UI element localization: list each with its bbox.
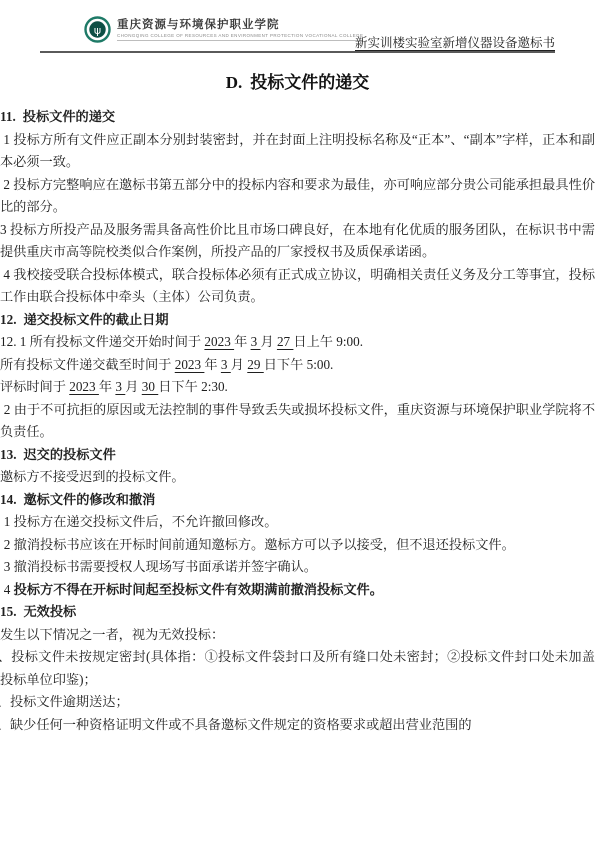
clause-12-1-start-time: 12. 1 所有投标文件递交开始时间于 2023 年 3 月 27 日上午 9:…	[0, 331, 595, 354]
date-unit: 年	[99, 379, 115, 394]
date-unit: 月	[260, 334, 276, 349]
date-time: 日下午 2:30.	[158, 379, 228, 394]
date-time: 日上午 9:00.	[293, 334, 363, 349]
doc-title-header: 新实训楼实验室新增仪器设备邀标书	[355, 33, 555, 51]
section-number: 15.	[0, 604, 16, 619]
clause-11-2: 11. 2 投标方完整响应在邀标书第五部分中的投标内容和要求为最佳，亦可响应部分…	[0, 174, 595, 219]
clause-12-2: 12. 2 由于不可抗拒的原因或无法控制的事件导致丢失或损坏投标文件，重庆资源与…	[0, 399, 595, 444]
section-title: 无效投标	[23, 604, 76, 619]
date-text: 所有投标文件递交开始时间于	[30, 334, 205, 349]
page-title-letter: D.	[226, 73, 243, 92]
date-unit: 月	[231, 357, 247, 372]
section-number: 12.	[0, 312, 16, 327]
clause-number: 12. 1	[0, 334, 30, 349]
item-text: 投标文件逾期送达；	[10, 694, 129, 709]
section-title: 投标文件的递交	[23, 109, 115, 124]
date-unit: 年	[234, 334, 250, 349]
college-logo-icon: ψ	[84, 16, 111, 43]
document-page: ψ 重庆资源与环境保护职业学院 CHONGQING COLLEGE OF RES…	[0, 0, 595, 841]
svg-text:ψ: ψ	[94, 24, 101, 37]
date-year: 2023	[69, 379, 99, 394]
college-name-cn: 重庆资源与环境保护职业学院	[117, 18, 363, 32]
clause-11-4: 11. 4 我校接受联合投标体模式，联合投标体必须有正式成立协议，明确相关责任义…	[0, 264, 595, 309]
clause-number: 14. 3	[0, 559, 14, 574]
section-heading-14: 14.邀标文件的修改和撤消	[0, 489, 595, 512]
clause-text: 由于不可抗拒的原因或无法控制的事件导致丢失或损坏投标文件，重庆资源与环境保护职业…	[0, 402, 595, 440]
clause-13-body: 邀标方不接受迟到的投标文件。	[0, 466, 595, 489]
clause-14-4: 14. 4 投标方不得在开标时间起至投标文件有效期满前撤消投标文件。	[0, 579, 595, 602]
date-text: 所有投标文件递交截至时间于	[0, 357, 175, 372]
invalid-bid-item-b: B、投标文件逾期送达；	[0, 691, 595, 714]
clause-text: 投标方所有文件应正副本分别封装密封，并在封面上注明投标名称及“正本”、“副本”字…	[0, 132, 595, 170]
item-text: 缺少任何一种资格证明文件或不具备邀标文件规定的资格要求或超出营业范围的	[10, 717, 472, 732]
clause-number: 11.3	[0, 222, 10, 237]
section-heading-13: 13.迟交的投标文件	[0, 444, 595, 467]
section-number: 13.	[0, 447, 16, 462]
clause-number: 11. 4	[0, 267, 13, 282]
invalid-bid-item-c: C、缺少任何一种资格证明文件或不具备邀标文件规定的资格要求或超出营业范围的	[0, 714, 595, 737]
date-month: 3	[251, 334, 261, 349]
clause-14-2: 14. 2 撤消投标书应该在开标时间前通知邀标方。邀标方可以予以接受，但不退还投…	[0, 534, 595, 557]
date-month: 3	[115, 379, 125, 394]
section-number: 11.	[0, 109, 16, 124]
section-title: 邀标文件的修改和撤消	[23, 492, 155, 507]
clause-number: 12. 2	[0, 402, 14, 417]
page-title: D.投标文件的递交	[0, 68, 595, 93]
clause-11-3: 11.3 投标方所投产品及服务需具备高性价比且市场口碑良好，在本地有化优质的服务…	[0, 219, 595, 264]
item-label: B、	[0, 694, 10, 709]
item-text: 投标文件未按规定密封(具体指：①投标文件袋封口及所有缝口处未密封；②投标文件封口…	[0, 649, 595, 687]
date-time: 日下午 5:00.	[264, 357, 334, 372]
section-heading-11: 11.投标文件的递交	[0, 106, 595, 129]
date-text: 评标时间于	[0, 379, 69, 394]
date-unit: 月	[125, 379, 141, 394]
clause-number: 14. 4	[0, 582, 14, 597]
clause-14-3: 14. 3 撤消投标书需要授权人现场写书面承诺并签字确认。	[0, 556, 595, 579]
document-body: 11.投标文件的递交 11. 1 投标方所有文件应正副本分别封装密封，并在封面上…	[0, 106, 595, 736]
clause-text-bold: 投标方不得在开标时间起至投标文件有效期满前撤消投标文件。	[14, 582, 383, 597]
clause-number: 11. 2	[0, 177, 13, 192]
section-title: 递交投标文件的截止日期	[23, 312, 168, 327]
clause-number: 14. 2	[0, 537, 14, 552]
clause-text: 投标方完整响应在邀标书第五部分中的投标内容和要求为最佳，亦可响应部分贵公司能承担…	[0, 177, 595, 215]
college-name-en: CHONGQING COLLEGE OF RESOURCES AND ENVIR…	[117, 32, 363, 41]
date-year: 2023	[175, 357, 205, 372]
clause-text: 发生以下情况之一者，视为无效投标：	[0, 627, 224, 642]
clause-text: 投标方所投产品及服务需具备高性价比且市场口碑良好，在本地有化优质的服务团队，在标…	[0, 222, 595, 260]
clause-15-intro: 发生以下情况之一者，视为无效投标：	[0, 624, 595, 647]
date-unit: 年	[204, 357, 220, 372]
clause-text: 投标方在递交投标文件后，不允许撤回修改。	[14, 514, 278, 529]
section-heading-12: 12.递交投标文件的截止日期	[0, 309, 595, 332]
item-label: C、	[0, 717, 10, 732]
item-label: A、	[0, 649, 11, 664]
date-day: 30	[142, 379, 158, 394]
clause-12-1-deadline: 所有投标文件递交截至时间于 2023 年 3 月 29 日下午 5:00.	[0, 354, 595, 377]
clause-text: 撤消投标书需要授权人现场写书面承诺并签字确认。	[14, 559, 317, 574]
section-title: 迟交的投标文件	[23, 447, 115, 462]
clause-text: 撤消投标书应该在开标时间前通知邀标方。邀标方可以予以接受，但不退还投标文件。	[14, 537, 515, 552]
clause-text: 邀标方不接受迟到的投标文件。	[0, 469, 185, 484]
clause-number: 11. 1	[0, 132, 13, 147]
college-name-block: 重庆资源与环境保护职业学院 CHONGQING COLLEGE OF RESOU…	[117, 16, 363, 41]
clause-12-1-evaluation-time: 评标时间于 2023 年 3 月 30 日下午 2:30.	[0, 376, 595, 399]
clause-number: 14. 1	[0, 514, 14, 529]
date-year: 2023	[204, 334, 234, 349]
date-day: 27	[277, 334, 293, 349]
clause-14-1: 14. 1 投标方在递交投标文件后，不允许撤回修改。	[0, 511, 595, 534]
date-month: 3	[221, 357, 231, 372]
invalid-bid-item-a: A、投标文件未按规定密封(具体指：①投标文件袋封口及所有缝口处未密封；②投标文件…	[0, 646, 595, 691]
page-header: ψ 重庆资源与环境保护职业学院 CHONGQING COLLEGE OF RES…	[40, 16, 555, 53]
clause-text: 我校接受联合投标体模式，联合投标体必须有正式成立协议，明确相关责任义务及分工等事…	[0, 267, 595, 305]
clause-11-1: 11. 1 投标方所有文件应正副本分别封装密封，并在封面上注明投标名称及“正本”…	[0, 129, 595, 174]
page-title-text: 投标文件的递交	[250, 73, 369, 92]
section-number: 14.	[0, 492, 16, 507]
date-day: 29	[247, 357, 263, 372]
section-heading-15: 15.无效投标	[0, 601, 595, 624]
